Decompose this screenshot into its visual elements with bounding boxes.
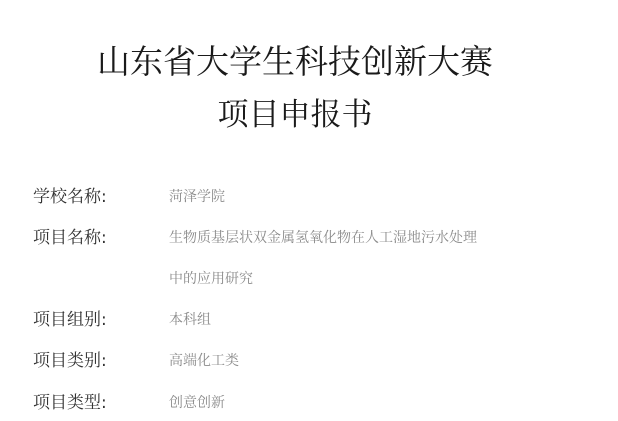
field-value: 菏泽学院 <box>169 183 225 211</box>
field-label: 项目类型: <box>33 389 107 417</box>
field-school-name: 学校名称: 菏泽学院 <box>0 183 618 211</box>
field-project-type: 项目类型: 创意创新 <box>0 389 618 417</box>
field-value: 生物质基层状双金属氢氧化物在人工湿地污水处理 <box>169 224 477 252</box>
field-value-continued: 中的应用研究 <box>169 265 253 293</box>
document-title: 山东省大学生科技创新大赛 <box>0 40 590 84</box>
field-project-name: 项目名称: 生物质基层状双金属氢氧化物在人工湿地污水处理 <box>0 224 618 252</box>
field-project-name-continued: 中的应用研究 <box>0 265 618 293</box>
field-project-category: 项目类别: 高端化工类 <box>0 347 618 375</box>
field-value: 创意创新 <box>169 389 225 417</box>
field-label: 学校名称: <box>33 183 107 211</box>
field-label: 项目名称: <box>33 224 107 252</box>
field-project-group: 项目组别: 本科组 <box>0 306 618 334</box>
document-subtitle: 项目申报书 <box>0 93 590 137</box>
field-value: 高端化工类 <box>169 347 239 375</box>
field-label: 项目类别: <box>33 347 107 375</box>
field-label: 项目组别: <box>33 306 107 334</box>
field-value: 本科组 <box>169 306 211 334</box>
